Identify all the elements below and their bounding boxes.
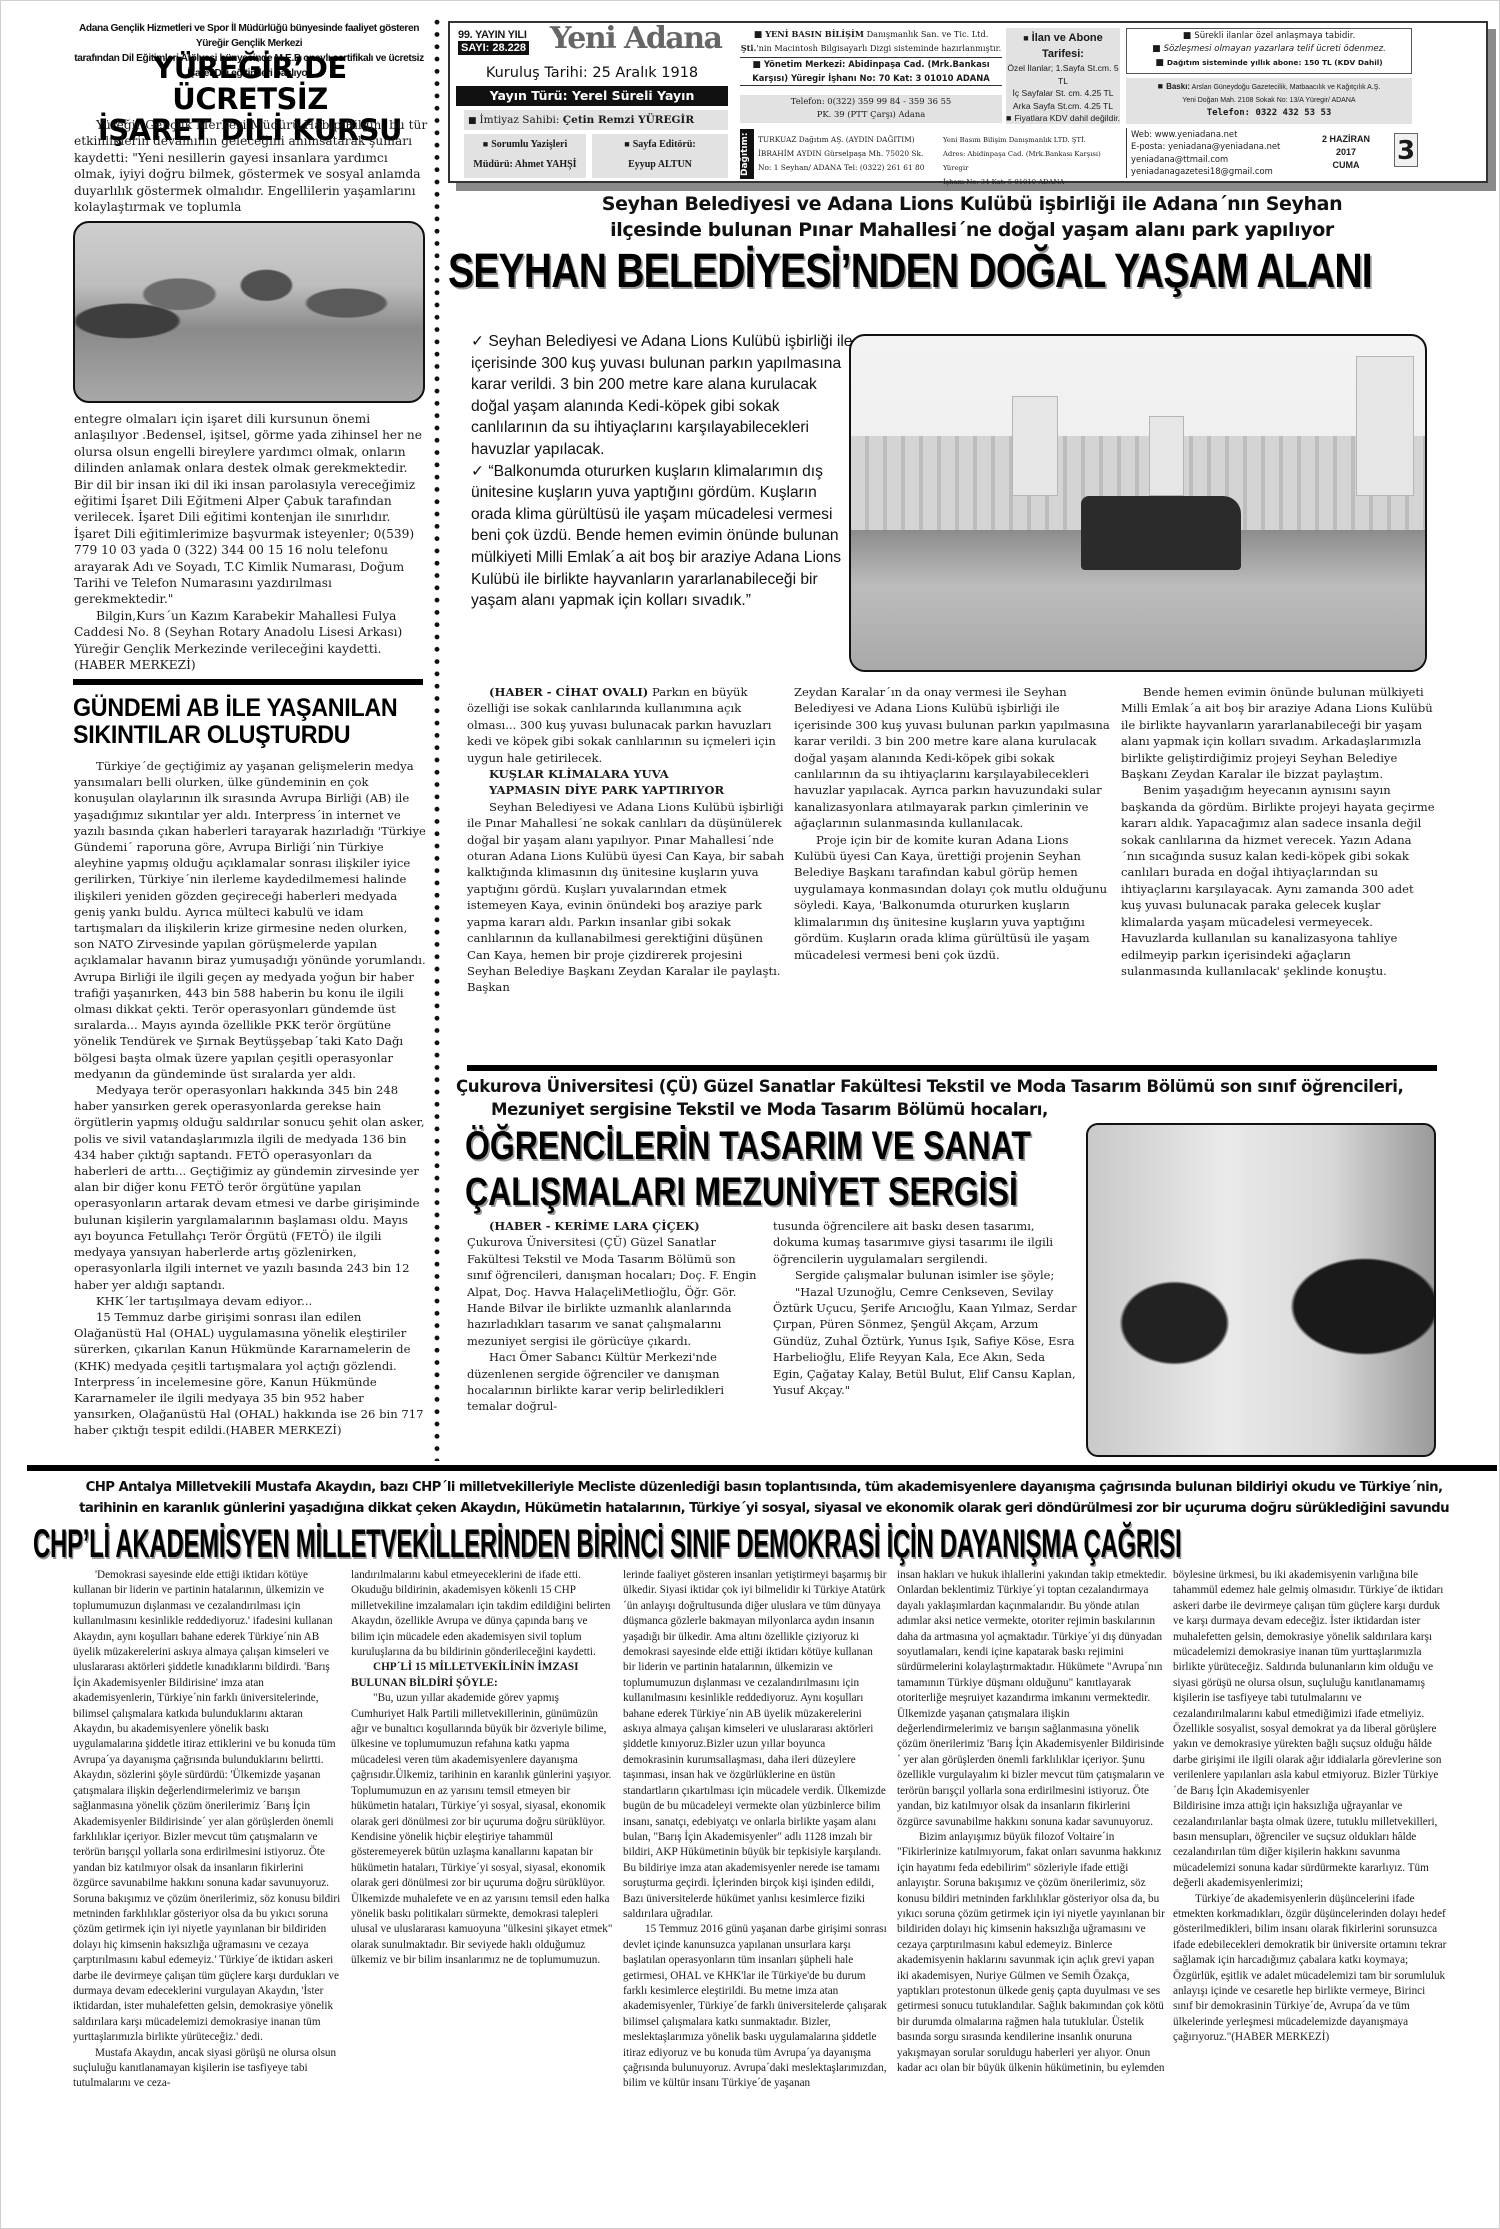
building — [1149, 416, 1183, 496]
building — [1356, 356, 1413, 496]
paragraph: insan hakları ve hukuk ihlallerini yakın… — [897, 1568, 1167, 1830]
deck-line-2: ilçesinde bulunan Pınar Mahallesi´ne doğ… — [447, 217, 1497, 243]
paragraph: lerinde faaliyet gösteren insanları yeti… — [623, 1568, 887, 1922]
page-editor: Sayfa Editörü: Eyyup ALTUN — [592, 134, 728, 178]
ad-rate: Özel İlanlar; 1.Sayfa St.cm. 5 TL — [1006, 62, 1120, 87]
ad-rate: Arka Sayfa St.cm. 4.25 TL — [1006, 100, 1120, 113]
typesetting-info: YENİ BASIN BİLİŞİM Danışmanlık San. ve T… — [740, 28, 1002, 86]
notice: Dağıtım sisteminde yıllık abone: 150 TL … — [1127, 56, 1411, 70]
paragraph: Seyhan Belediyesi ve Adana Lions Kulübü … — [467, 799, 787, 996]
newspaper-logo: Yeni Adana — [550, 21, 722, 56]
headline-line-2: SIKINTILAR OLUŞTURDU — [73, 722, 400, 749]
headline-line-2: ÇALIŞMALARI MEZUNİYET SERGİSİ — [465, 1169, 1031, 1215]
deck-line-1: Çukurova Üniversitesi (ÇÜ) Güzel Sanatla… — [456, 1075, 1496, 1098]
subhead: KUŞLAR KLİMALARA YUVA — [467, 766, 787, 782]
column-dot-separator — [433, 16, 441, 1461]
paragraph: "Bu, uzun yıllar akademide görev yapmış … — [351, 1691, 613, 1968]
deck-line-2: Mezuniyet sergisine Tekstil ve Moda Tasa… — [456, 1098, 1496, 1121]
typeset-sti: Şti. — [741, 43, 757, 53]
chp-column-1: 'Demokrasi sayesinde elde ettiği iktidar… — [73, 1568, 341, 2092]
publication-type: Yayın Türü: Yerel Süreli Yayın — [456, 86, 728, 106]
chp-column-2: landırılmalarını kabul etmeyeceklerini d… — [351, 1568, 613, 1969]
park-construction-photo — [849, 334, 1427, 672]
sign-language-intro: Yüreğir Gençlik Merkezi Müdürü Habip Bil… — [74, 117, 428, 215]
issue-date: 2 HAZİRAN 2017 CUMA — [1306, 133, 1386, 172]
deck-line-1: Seyhan Belediyesi ve Adana Lions Kulübü … — [447, 191, 1497, 217]
headline-line-1: ÖĞRENCİLERİN TASARIM VE SANAT — [465, 1123, 1031, 1169]
paragraph: Hacı Ömer Sabancı Kültür Merkezi'nde düz… — [467, 1349, 763, 1415]
chp-column-4: insan hakları ve hukuk ihlallerini yakın… — [897, 1568, 1167, 2076]
chp-headline: CHP’Lİ AKADEMİSYEN MİLLETVEKİLLERİNDEN B… — [33, 1519, 1181, 1569]
typeset-company: YENİ BASIN BİLİŞİM — [754, 29, 864, 39]
classroom-photo — [73, 221, 425, 403]
hq-line-2: Karşısı) Yüregir İşhanı No: 70 Kat: 3 01… — [740, 72, 1002, 86]
print-phone: Telefon: 0322 432 53 53 — [1126, 107, 1412, 120]
park-column-3: Bende hemen evimin önünde bulunan mülkiy… — [1121, 684, 1435, 979]
exhibit-deck: Çukurova Üniversitesi (ÇÜ) Güzel Sanatla… — [456, 1075, 1496, 1121]
founded-date: Kuruluş Tarihi: 25 Aralık 1918 — [458, 65, 726, 81]
masthead: 99. YAYIN YILI SAYI: 28.228 Yeni Adana K… — [448, 21, 1488, 183]
eu-headline: GÜNDEMİ AB İLE YAŞANILAN SIKINTILAR OLUŞ… — [73, 695, 425, 749]
chp-deck: CHP Antalya Milletvekili Mustafa Akaydın… — [29, 1477, 1499, 1519]
paragraph: Bizim anlayışımız büyük filozof Voltaire… — [897, 1830, 1167, 2077]
paragraph: Mustafa Akaydın, ancak siyasi görüşü ne … — [73, 2046, 341, 2092]
deck-line-1: CHP Antalya Milletvekili Mustafa Akaydın… — [29, 1477, 1499, 1498]
hq-line-1: Yönetim Merkezi: Abidinpaşa Cad. (Mrk.Ba… — [740, 58, 1002, 72]
paragraph: 'Demokrasi sayesinde elde ettiği iktidar… — [73, 1568, 341, 2046]
paragraph: entegre olmaları için işaret dili kursun… — [74, 411, 428, 608]
paragraph: tusunda öğrencilere ait baskı desen tasa… — [773, 1218, 1077, 1267]
page-editor-label: Sayfa Editörü: — [592, 134, 728, 155]
paragraph: Benim yaşadığım heyecanın aynısını sayın… — [1121, 782, 1435, 979]
paragraph: 15 Temmuz darbe girişimi sonrası ilan ed… — [74, 1309, 428, 1439]
editor-in-chief: Sorumlu Yazişleri Müdürü: Ahmet YAHŞİ — [464, 134, 586, 178]
paragraph: Türkiye´de geçtiğimiz ay yaşanan gelişme… — [74, 758, 428, 1082]
kicker-line-1: Adana Gençlik Hizmetleri ve Spor İl Müdü… — [63, 21, 435, 51]
page-editor-name: Eyyup ALTUN — [592, 155, 728, 175]
notice: Sürekli ilanlar özel anlaşmaya tabidir. — [1127, 30, 1411, 43]
contact-phone: Telefon: 0(322) 359 99 84 - 359 36 55 PK… — [740, 95, 1002, 123]
notice: Sözleşmesi olmayan yazarlara telif ücret… — [1127, 43, 1411, 56]
park-headline: SEYHAN BELEDİYESİ’NDEN DOĞAL YAŞAM ALANI — [448, 245, 1372, 299]
deck-line-2: tarihinin en karanlık günlerini yaşadığı… — [29, 1498, 1499, 1519]
page-number: 3 — [1394, 133, 1418, 167]
date-day: 2 HAZİRAN — [1306, 133, 1386, 146]
ad-title: İlan ve Abone Tarifesi: — [1006, 30, 1120, 62]
paragraph: Türkiye´de akademisyenlerin düşüncelerin… — [1173, 1892, 1447, 2046]
phone: Telefon: 0(322) 359 99 84 - 359 36 55 — [740, 95, 1002, 108]
notices: Sürekli ilanlar özel anlaşmaya tabidir. … — [1126, 28, 1412, 74]
print-label: Baskı: — [1158, 82, 1190, 91]
print-address: Yeni Doğan Mah. 2108 Sokak No: 13/A Yüre… — [1126, 94, 1412, 107]
subhead: CHP´Lİ 15 MİLLETVEKİLİNİN İMZASI BULUNAN… — [351, 1660, 613, 1691]
chp-column-3: lerinde faaliyet gösteren insanları yeti… — [623, 1568, 887, 2092]
paragraph: Medyaya terör operasyonları hakkında 345… — [74, 1082, 428, 1293]
date-weekday: CUMA — [1306, 159, 1386, 172]
editor-label: Sorumlu Yazişleri — [464, 134, 586, 155]
typeset-line-1: Danışmanlık San. ve Tic. Ltd. — [867, 29, 989, 39]
year-label: 99. YAYIN YILI — [458, 29, 529, 41]
headline-line-1: YÜREĞİR’DE ÜCRETSİZ — [71, 53, 429, 115]
distribution-line: Adres: Abidinpaşa Cad. (Mrk.Bankası Karş… — [943, 147, 1125, 175]
newspaper-page: Adana Gençlik Hizmetleri ve Spor İl Müdü… — [0, 0, 1500, 2229]
chp-column-5: böylesine ürkmesi, bu iki akademisyenin … — [1173, 1568, 1447, 2046]
divider — [73, 679, 423, 685]
typeset-line-2: 'nin Macintosh Bilgisayarlı Dizgi sistem… — [756, 43, 1001, 53]
paragraph: 15 Temmuz 2016 günü yaşanan darbe girişi… — [623, 1922, 887, 2091]
owner-label: İmtiyaz Sahibi: — [468, 114, 559, 126]
bullet-point: ✓ Seyhan Belediyesi ve Adana Lions Kulüb… — [471, 331, 856, 461]
distribution-line: İBRAHİM AYDIN Gürselpaşa Mh. 75020 Sk. — [758, 147, 938, 161]
bullet-point: ✓ “Balkonumda otururken kuşların klimala… — [471, 461, 856, 612]
paragraph: KHK´ler tartışılmaya devam ediyor... — [74, 1293, 428, 1309]
paragraph: Yüreğir Gençlik Merkezi Müdürü Habip Bil… — [74, 117, 428, 215]
paragraph: landırılmalarını kabul etmeyeceklerini d… — [351, 1568, 613, 1660]
subhead: YAPMASIN DİYE PARK YAPTIRIYOR — [467, 782, 787, 798]
building — [1012, 396, 1058, 496]
paragraph: Sergide çalışmalar bulunan isimler ise ş… — [773, 1267, 1077, 1283]
email-link[interactable]: yeniadana@ttmail.com — [1131, 153, 1296, 165]
po-box: PK. 39 (PTT Çarşı) Adana — [740, 108, 1002, 121]
park-deck: Seyhan Belediyesi ve Adana Lions Kulübü … — [447, 191, 1497, 243]
web-contacts: Web: www.yeniadana.net E-posta: yeniadan… — [1126, 128, 1296, 178]
email-link[interactable]: E-posta: yeniadana@yeniadana.net — [1131, 140, 1296, 152]
paragraph: Zeydan Karalar´ın da onay vermesi ile Se… — [794, 684, 1112, 832]
year-issue: 99. YAYIN YILI SAYI: 28.228 — [458, 29, 529, 55]
exhibit-headline: ÖĞRENCİLERİN TASARIM VE SANAT ÇALIŞMALAR… — [465, 1123, 1031, 1215]
distribution-line: No: 1 Seyhan/ ADANA Tel: (0322) 261 61 8… — [758, 161, 938, 175]
paragraph: "Hazal Uzunoğlu, Cemre Cenkseven, Sevila… — [773, 1284, 1077, 1399]
byline: (HABER - KERİME LARA ÇİÇEK) — [489, 1219, 700, 1233]
park-column-2: Zeydan Karalar´ın da onay vermesi ile Se… — [794, 684, 1112, 963]
paragraph: böylesine ürkmesi, bu iki akademisyenin … — [1173, 1568, 1447, 1799]
editor-name: Müdürü: Ahmet YAHŞİ — [464, 155, 586, 175]
paragraph: Bende hemen evimin önünde bulunan mülkiy… — [1121, 684, 1435, 782]
eu-body: Türkiye´de geçtiğimiz ay yaşanan gelişme… — [74, 758, 428, 1439]
exhibit-column-1: (HABER - KERİME LARA ÇİÇEK) Çukurova Üni… — [467, 1218, 763, 1415]
issue-label: SAYI: 28.228 — [458, 41, 529, 55]
paragraph: Proje için bir de komite kuran Adana Lio… — [794, 832, 1112, 963]
print-company: Arslan Güneydoğu Gazetecilik, Matbaacılı… — [1192, 84, 1381, 91]
website-link[interactable]: Web: www.yeniadana.net — [1131, 128, 1296, 140]
byline: (HABER - CİHAT OVALI) — [489, 685, 648, 699]
distribution-2: Yeni Basım Bilişim Danışmanlık LTD. ŞTİ.… — [943, 133, 1125, 189]
divider — [467, 1065, 1437, 1071]
distribution-line: İşhanı No: 34 Kat: 5 01010 ADANA — [943, 175, 1125, 189]
email-link[interactable]: yeniadanagazetesi18@gmail.com — [1131, 165, 1296, 177]
park-bullets: ✓ Seyhan Belediyesi ve Adana Lions Kulüb… — [471, 331, 856, 612]
distribution-1: TURKUAZ Dağıtım AŞ. (AYDIN DAĞITIM) İBRA… — [758, 133, 938, 175]
date-year: 2017 — [1306, 146, 1386, 159]
park-column-1: (HABER - CİHAT OVALI) Parkın en büyük öz… — [467, 684, 787, 996]
ad-rates: İlan ve Abone Tarifesi: Özel İlanlar; 1.… — [1006, 28, 1120, 124]
paragraph: Çukurova Üniversitesi (ÇÜ) Güzel Sanatla… — [467, 1234, 763, 1349]
paragraph: Bildirisine imza attığı için haksızlığa … — [1173, 1799, 1447, 1891]
ad-rate: Fiyatlara KDV dahil değildir. — [1006, 112, 1120, 125]
paragraph: Bilgin,Kurs´un Kazım Karabekir Mahallesi… — [74, 608, 428, 674]
fashion-exhibition-photo — [1086, 1123, 1436, 1457]
distribution-line: Yeni Basım Bilişim Danışmanlık LTD. ŞTİ. — [943, 133, 1125, 147]
owner-name: Çetin Remzi YÜREGİR — [563, 114, 694, 126]
ad-rate: İç Sayfalar St. cm. 4.25 TL — [1006, 87, 1120, 100]
divider — [27, 1465, 1497, 1471]
excavator — [1081, 496, 1242, 569]
print-info: Baskı: Arslan Güneydoğu Gazetecilik, Mat… — [1126, 78, 1412, 124]
exhibit-column-2: tusunda öğrencilere ait baskı desen tasa… — [773, 1218, 1077, 1398]
owner: İmtiyaz Sahibi: Çetin Remzi YÜREGİR — [464, 110, 728, 130]
distribution-label: Dağıtım: — [740, 129, 754, 179]
sign-language-body: entegre olmaları için işaret dili kursun… — [74, 411, 428, 674]
distribution-line: TURKUAZ Dağıtım AŞ. (AYDIN DAĞITIM) — [758, 133, 938, 147]
headline-line-1: GÜNDEMİ AB İLE YAŞANILAN — [73, 695, 400, 722]
